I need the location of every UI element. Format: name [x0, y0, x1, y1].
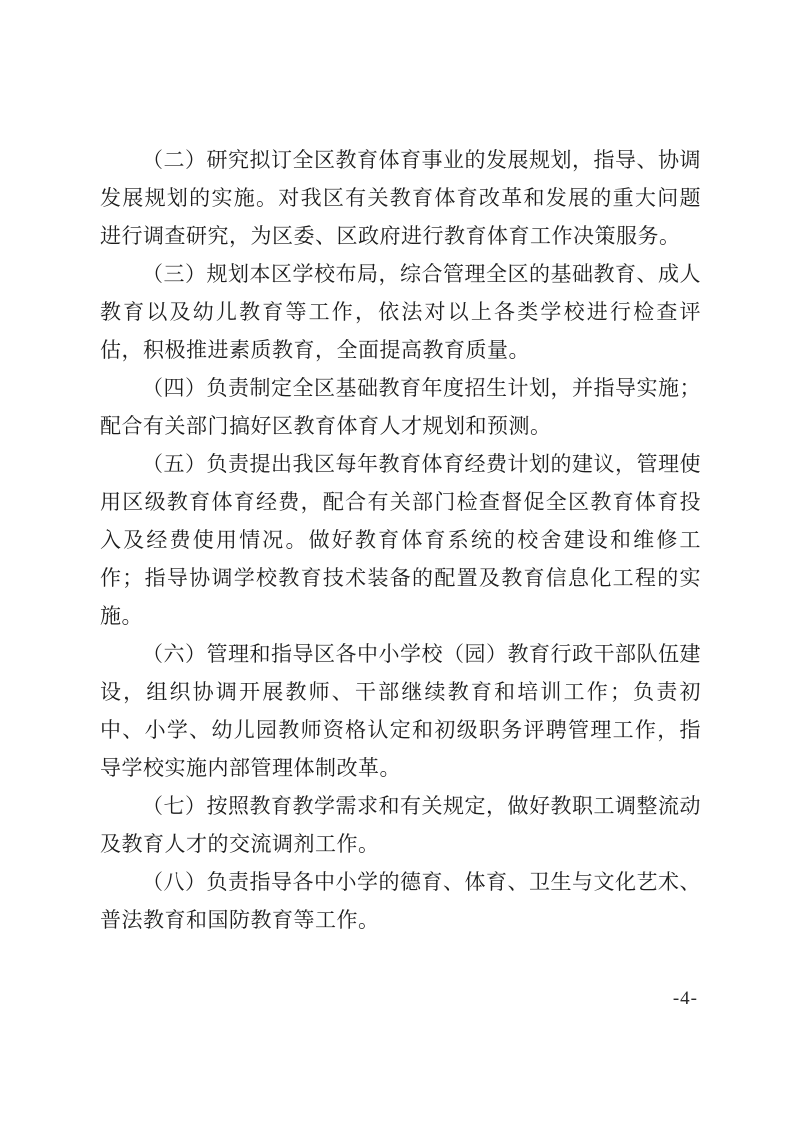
document-page: （二）研究拟订全区教育体育事业的发展规划，指导、协调发展规划的实施。对我区有关教… — [0, 0, 793, 1122]
paragraph-item-2: （二）研究拟订全区教育体育事业的发展规划，指导、协调发展规划的实施。对我区有关教… — [100, 141, 701, 255]
paragraph-item-8: （八）负责指导各中小学的德育、体育、卫生与文化艺术、普法教育和国防教育等工作。 — [100, 863, 701, 939]
paragraph-item-4: （四）负责制定全区基础教育年度招生计划，并指导实施；配合有关部门搞好区教育体育人… — [100, 369, 701, 445]
page-number: -4- — [673, 988, 698, 1010]
paragraph-item-5: （五）负责提出我区每年教育体育经费计划的建议，管理使用区级教育体育经费，配合有关… — [100, 445, 701, 635]
paragraph-item-3: （三）规划本区学校布局，综合管理全区的基础教育、成人教育以及幼儿教育等工作，依法… — [100, 255, 701, 369]
document-body: （二）研究拟订全区教育体育事业的发展规划，指导、协调发展规划的实施。对我区有关教… — [100, 141, 701, 939]
paragraph-item-6: （六）管理和指导区各中小学校（园）教育行政干部队伍建设，组织协调开展教师、干部继… — [100, 635, 701, 787]
paragraph-item-7: （七）按照教育教学需求和有关规定，做好教职工调整流动及教育人才的交流调剂工作。 — [100, 787, 701, 863]
